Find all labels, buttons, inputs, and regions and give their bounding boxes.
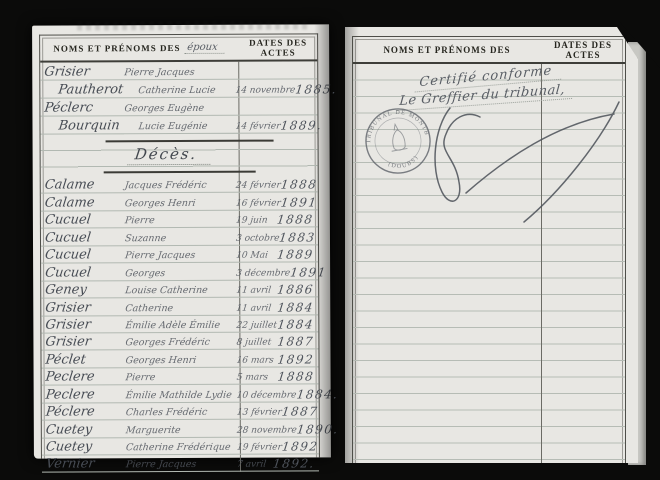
date-day-month: 5 mars <box>236 372 269 384</box>
date-year: 1889. <box>280 119 323 132</box>
surname-cell: Peclere <box>41 387 117 402</box>
date-cell: 16 février 1891 <box>233 196 318 209</box>
table-row: Geney Louise Catherine 11 avril 1886 <box>41 280 318 299</box>
date-cell: 11 avril 1886 <box>233 283 318 296</box>
firstnames-cell: Catherine <box>115 301 235 315</box>
stamp-emblem <box>387 123 407 152</box>
date-year: 1889 <box>277 249 315 262</box>
table-row: Grisier Pierre Jacques <box>40 61 317 80</box>
names-annotation-handwritten: époux <box>185 41 227 53</box>
table-row: Vernier Pierre Jacques 7 avril 1892. <box>42 454 319 473</box>
date-year: 1888 <box>277 214 315 227</box>
firstnames-cell: Lucie Eugénie <box>128 120 234 133</box>
table-row: Péclere Charles Frédéric 13 février 1887 <box>42 402 319 421</box>
date-cell: 19 juin 1888 <box>233 214 318 227</box>
firstnames-cell: Émilie Mathilde Lydie <box>115 388 235 402</box>
surname-cell: Péclere <box>41 404 117 419</box>
table-row: Bourquin Lucie Eugénie 14 février 1889. <box>40 115 317 134</box>
table-row: Cuetey Marguerite 28 novembre 1890. <box>42 420 319 439</box>
date-year: 1892. <box>272 458 315 471</box>
date-year: 1888 <box>280 179 318 192</box>
firstnames-cell: Pierre Jacques <box>113 66 233 80</box>
surname-cell: Cucuel <box>40 247 116 262</box>
surname-cell: Cucuel <box>40 230 116 245</box>
section-heading-block: Décès. <box>41 133 318 176</box>
firstnames-cell: Catherine Frédérique <box>115 441 235 455</box>
surname-cell: Grisier <box>40 317 116 332</box>
firstnames-cell: Pierre Jacques <box>115 458 235 472</box>
bleedthrough-ghost <box>77 20 307 30</box>
date-cell: 14 février 1889. <box>232 119 317 132</box>
date-day-month: 10 Mai <box>235 250 268 262</box>
firstnames-cell: Georges Eugène <box>114 102 234 116</box>
date-cell: 16 mars 1892 <box>233 353 318 366</box>
date-cell: 14 novembre 1885. <box>232 83 317 96</box>
date-day-month: 24 février <box>235 180 281 192</box>
table-row: Grisier Émilie Adèle Émilie 22 juillet 1… <box>41 315 318 334</box>
date-day-month: 7 avril <box>236 459 267 471</box>
date-day-month: 28 novembre <box>236 424 297 436</box>
surname-cell: Cucuel <box>40 265 116 280</box>
table-row: Calame Georges Henri 16 février 1891 <box>41 193 318 212</box>
date-year: 1887 <box>277 336 315 349</box>
date-day-month: 16 mars <box>236 354 275 366</box>
firstnames-cell: Catherine Lucie <box>128 84 234 97</box>
surname-cell: Cucuel <box>40 213 116 228</box>
date-year: 1884 <box>277 301 315 314</box>
firstnames-cell: Jacques Frédéric <box>114 179 234 193</box>
date-day-month: 16 février <box>235 197 281 209</box>
surname-cell: Grisier <box>41 335 117 350</box>
table-row: Cucuel Pierre Jacques 10 Mai 1889 <box>41 245 318 264</box>
date-year: 1891 <box>289 266 327 279</box>
section-heading-deces: Décès. <box>127 145 212 165</box>
date-year: 1887 <box>281 406 319 419</box>
surname-cell: Peclere <box>41 370 117 385</box>
firstnames-cell: Marguerite <box>115 423 235 437</box>
column-header-names: NOMS ET PRÉNOMS DES <box>353 45 541 55</box>
surname-cell: Péclet <box>41 352 117 367</box>
table-row: Péclerc Georges Eugène <box>40 97 317 116</box>
date-cell: 11 avril 1884 <box>233 301 318 314</box>
firstnames-cell: Suzanne <box>114 232 234 246</box>
heading-rule-bottom <box>104 170 256 173</box>
date-day-month: 3 octobre <box>235 232 280 244</box>
column-header-dates: DATES DES ACTES <box>239 37 317 57</box>
table-row: Grisier Catherine 11 avril 1884 <box>41 297 318 316</box>
column-header-names: NOMS ET PRÉNOMS DES époux <box>40 41 239 54</box>
date-year: 1885. <box>294 83 337 96</box>
date-year: 1884 <box>277 318 315 331</box>
surname-cell: Grisier <box>39 64 115 79</box>
date-year: 1884. <box>296 388 339 401</box>
stamp-bottom-text: (DOUBS) <box>386 153 422 173</box>
firstnames-cell: Pierre <box>115 371 235 385</box>
names-label: NOMS ET PRÉNOMS DES <box>53 43 180 54</box>
table-body-left: Grisier Pierre Jacques Pautherot Catheri… <box>40 61 319 473</box>
surname-cell: Geney <box>40 282 116 297</box>
date-cell: 24 février 1888 <box>233 179 318 192</box>
date-cell: 13 février 1887 <box>234 406 319 419</box>
date-cell: 3 octobre 1883 <box>233 231 318 244</box>
surname-cell: Pautherot <box>39 82 129 97</box>
surname-cell: Vernier <box>41 457 117 472</box>
court-stamp: TRIBUNAL DE MONTBÉLIARD (DOUBS) <box>357 100 438 181</box>
names-label: NOMS ET PRÉNOMS DES <box>383 45 510 55</box>
date-year: 1892 <box>277 353 315 366</box>
firstnames-cell: Émilie Adèle Émilie <box>115 319 235 333</box>
date-year: 1888 <box>277 371 315 384</box>
greffier-signature <box>428 96 628 226</box>
date-cell: 10 Mai 1889 <box>233 249 318 262</box>
date-cell: 7 avril 1892. <box>234 458 319 471</box>
scanned-register-photo: Imp. Typ. Montbéliard (Doubs) NOMS ET PR… <box>0 0 660 480</box>
date-year: 1883 <box>279 231 317 244</box>
firstnames-cell: Georges Henri <box>115 354 235 368</box>
date-day-month: 19 février <box>236 442 282 454</box>
table-row: Grisier Georges Frédéric 8 juillet 1887 <box>41 332 318 351</box>
table-header-right: NOMS ET PRÉNOMS DES DATES DES ACTES <box>353 37 625 64</box>
date-year: 1890. <box>296 423 339 436</box>
date-cell: 19 février 1892 <box>234 440 319 453</box>
table-row: Cucuel Suzanne 3 octobre 1883 <box>41 228 318 247</box>
table-row: Cuetey Catherine Frédérique 19 février 1… <box>42 437 319 456</box>
date-year: 1891 <box>280 196 318 209</box>
right-page: NOMS ET PRÉNOMS DES DATES DES ACTES Cert… <box>345 27 638 463</box>
stamp-top-text: TRIBUNAL DE MONTBÉLIARD <box>357 100 429 147</box>
surname-cell: Calame <box>40 178 116 193</box>
date-cell: 5 mars 1888 <box>234 371 319 384</box>
surname-cell: Calame <box>40 195 116 210</box>
surname-cell: Péclerc <box>40 100 116 115</box>
column-header-dates: DATES DES ACTES <box>541 40 625 60</box>
register-table-left: NOMS ET PRÉNOMS DES époux DATES DES ACTE… <box>39 33 320 458</box>
date-year: 1892 <box>281 440 319 453</box>
table-row: Cucuel Pierre 19 juin 1888 <box>41 210 318 229</box>
date-cell: 10 décembre 1884. <box>234 388 319 401</box>
heading-rule-top <box>106 140 274 143</box>
firstnames-cell: Georges Frédéric <box>115 336 235 350</box>
date-day-month: 11 avril <box>236 302 272 314</box>
date-day-month: 10 décembre <box>236 389 297 401</box>
surname-cell: Cuetey <box>41 439 117 454</box>
date-day-month: 19 juin <box>235 215 268 227</box>
svg-text:(DOUBS): (DOUBS) <box>386 153 422 173</box>
table-row: Cucuel Georges 3 décembre 1891 <box>41 263 318 282</box>
surname-cell: Cuetey <box>41 422 117 437</box>
table-row: Péclet Georges Henri 16 mars 1892 <box>41 350 318 369</box>
firstnames-cell: Pierre <box>114 214 234 228</box>
firstnames-cell: Georges <box>114 266 234 280</box>
date-day-month: 3 décembre <box>235 267 290 279</box>
date-day-month: 22 juillet <box>236 320 278 332</box>
table-header-left: NOMS ET PRÉNOMS DES époux DATES DES ACTE… <box>40 34 317 62</box>
firstnames-cell: Charles Frédéric <box>115 406 235 420</box>
date-cell: 3 décembre 1891 <box>233 266 318 279</box>
date-cell: 22 juillet 1884 <box>233 318 318 331</box>
table-row: Pautherot Catherine Lucie 14 novembre 18… <box>40 79 317 98</box>
svg-text:TRIBUNAL DE MONTBÉLIARD: TRIBUNAL DE MONTBÉLIARD <box>357 100 429 147</box>
firstnames-cell: Louise Catherine <box>114 284 234 298</box>
date-day-month: 8 juillet <box>236 337 272 349</box>
table-body-right: Certifié conforme Le Greffier du tribuna… <box>353 64 625 465</box>
date-day-month: 11 avril <box>236 285 272 297</box>
firstnames-cell: Pierre Jacques <box>114 249 234 263</box>
date-day-month: 14 février <box>235 121 281 133</box>
surname-cell: Bourquin <box>40 118 130 133</box>
table-row: Peclere Pierre 5 mars 1888 <box>42 367 319 386</box>
date-year: 1886 <box>277 283 315 296</box>
left-page: NOMS ET PRÉNOMS DES époux DATES DES ACTE… <box>32 24 331 458</box>
surname-cell: Grisier <box>40 300 116 315</box>
date-cell: 28 novembre 1890. <box>234 423 319 436</box>
date-day-month: 13 février <box>236 407 282 419</box>
firstnames-cell: Georges Henri <box>114 197 234 211</box>
date-cell: 8 juillet 1887 <box>233 336 318 349</box>
table-row: Calame Jacques Frédéric 24 février 1888 <box>41 175 318 194</box>
date-day-month: 14 novembre <box>235 84 296 96</box>
register-table-right: NOMS ET PRÉNOMS DES DATES DES ACTES Cert… <box>352 36 626 463</box>
table-row: Peclere Émilie Mathilde Lydie 10 décembr… <box>42 385 319 404</box>
